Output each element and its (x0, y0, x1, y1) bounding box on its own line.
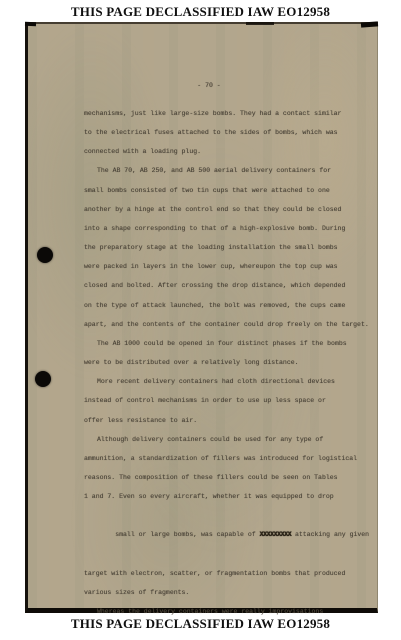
hole-punch (35, 371, 51, 387)
declassification-banner-top: THIS PAGE DECLASSIFIED IAW EO12958 (0, 4, 401, 20)
text-line: small bombs consisted of two tin cups th… (84, 181, 376, 200)
text-line: another by a hinge at the control end so… (84, 200, 376, 219)
declassification-banner-bottom: THIS PAGE DECLASSIFIED IAW EO12958 (0, 616, 401, 632)
text-line: various sizes of fragments. (84, 583, 376, 602)
text-line: The AB 70, AB 250, and AB 500 aerial del… (84, 161, 376, 180)
text-line: reasons. The composition of these filler… (84, 468, 376, 487)
text-line: small or large bombs, was capable of XXX… (84, 506, 376, 563)
text-line: were packed in layers in the lower cup, … (84, 257, 376, 276)
text-line: were to be distributed over a relatively… (84, 353, 376, 372)
text-line: on the type of attack launched, the bolt… (84, 296, 376, 315)
overstruck-text: XXXXXXXXX (260, 531, 292, 538)
text-segment: small or large bombs, was capable of (115, 531, 259, 538)
text-line: Although delivery containers could be us… (84, 430, 376, 449)
scan-edge-smudge (246, 22, 274, 25)
text-line: to the electrical fuses attached to the … (84, 123, 376, 142)
scan-corner-mark (25, 22, 36, 26)
text-line: apart, and the contents of the container… (84, 315, 376, 334)
text-line: The AB 1000 could be opened in four dist… (84, 334, 376, 353)
text-line: 1 and 7. Even so every aircraft, whether… (84, 487, 376, 506)
text-line: instead of control mechanisms in order t… (84, 391, 376, 410)
text-line: target with electron, scatter, or fragme… (84, 564, 376, 583)
text-line: the preparatory stage at the loading ins… (84, 238, 376, 257)
text-line: ammunition, a standardization of fillers… (84, 449, 376, 468)
page-background: THIS PAGE DECLASSIFIED IAW EO12958 - 70 … (0, 0, 401, 640)
scanned-page: - 70 - mechanisms, just like large-size … (25, 22, 378, 613)
text-line: connected with a loading plug. (84, 142, 376, 161)
scan-corner-mark (361, 21, 378, 27)
page-number: - 70 - (84, 82, 334, 89)
text-line: mechanisms, just like large-size bombs. … (84, 104, 376, 123)
text-line: closed and bolted. After crossing the dr… (84, 276, 376, 295)
text-line: offer less resistance to air. (84, 411, 376, 430)
hole-punch (37, 247, 53, 263)
text-segment: attacking any given (291, 531, 369, 538)
text-line: More recent delivery containers had clot… (84, 372, 376, 391)
typewritten-body: mechanisms, just like large-size bombs. … (84, 104, 376, 621)
text-line: into a shape corresponding to that of a … (84, 219, 376, 238)
